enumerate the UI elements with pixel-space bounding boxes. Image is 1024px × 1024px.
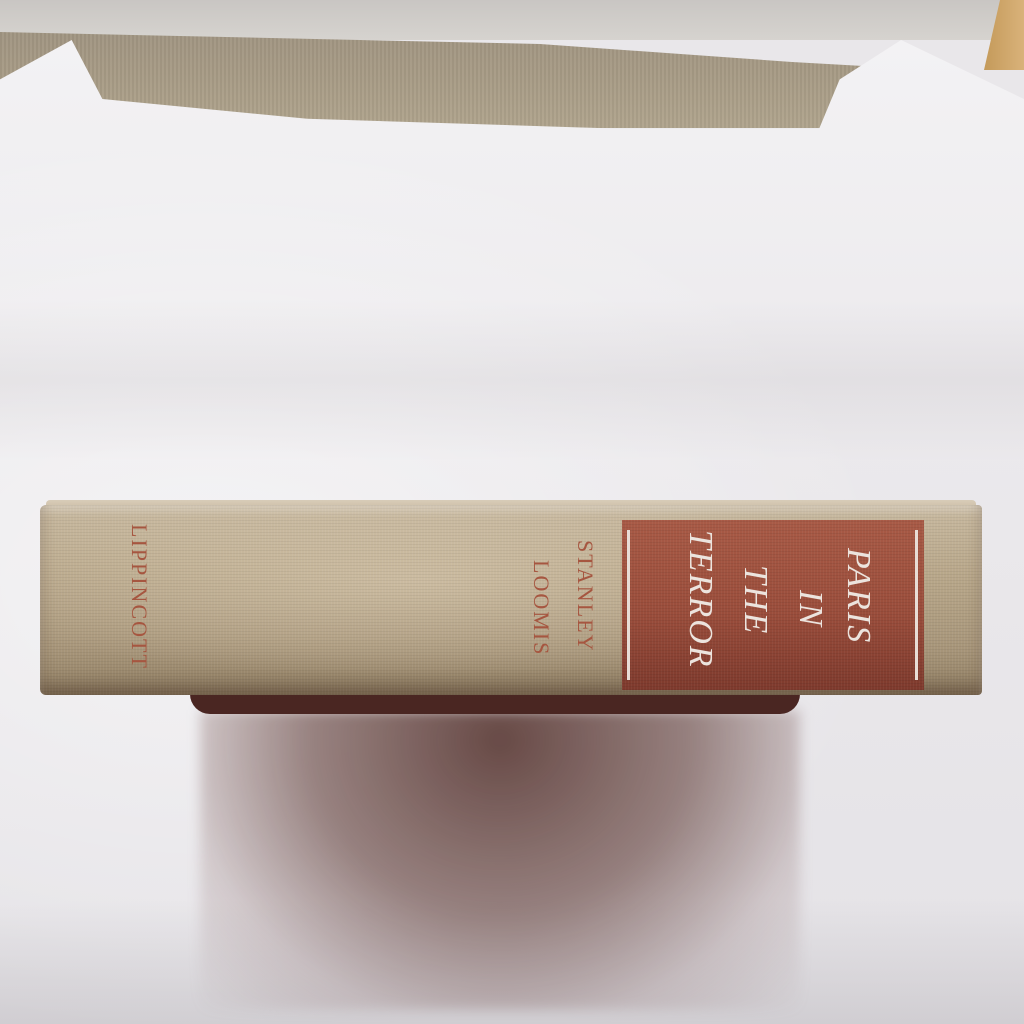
title-line-3: THE [735,565,775,635]
publisher-name: LIPPINCOTT [126,524,152,670]
author-first-name: STANLEY [572,540,598,652]
sheet-fold [0,300,1024,460]
title-line-1: PARIS [838,548,878,644]
title-line-2: IN [790,590,830,628]
book-shadow [200,710,800,1010]
panel-rule-left [627,530,630,680]
panel-rule-right [915,530,918,680]
title-line-4: TERROR [680,530,720,669]
photo-scene: PARIS IN THE TERROR STANLEY LOOMIS LIPPI… [0,0,1024,1024]
author-last-name: LOOMIS [528,560,554,656]
background-wall [0,0,1024,40]
